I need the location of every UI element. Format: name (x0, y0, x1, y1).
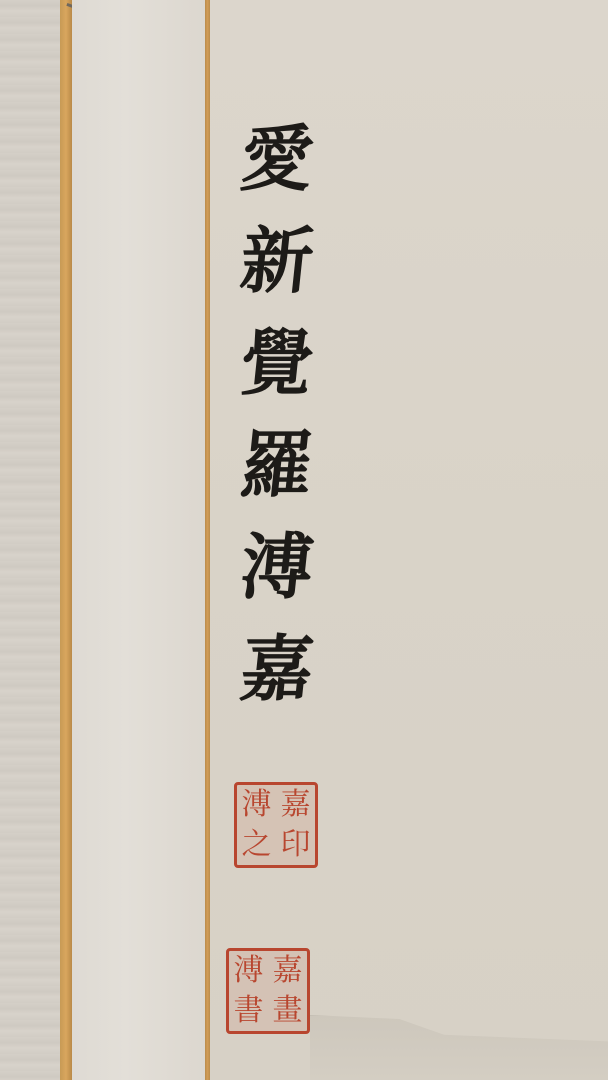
seal-char: 溥 (237, 785, 276, 825)
seal-char: 書 (229, 991, 268, 1031)
red-seal-stamp: 溥 嘉 書 畫 (226, 948, 310, 1034)
red-seal-stamp: 溥 嘉 之 印 (234, 782, 318, 868)
seal-char: 畫 (268, 991, 307, 1031)
scroll-gold-edge (60, 0, 72, 1080)
calligraphy-char: 嘉 (236, 618, 319, 720)
calligraphy-char: 羅 (236, 414, 319, 516)
calligraphy-char: 愛 (236, 108, 319, 210)
seal-char: 印 (276, 825, 315, 865)
seal-char: 溥 (229, 951, 268, 991)
wall-background (0, 0, 62, 1080)
seal-char: 之 (237, 825, 276, 865)
calligraphy-char: 新 (236, 210, 319, 312)
calligraphy-signature: 愛 新 覺 羅 溥 嘉 (232, 108, 322, 720)
seal-char: 嘉 (276, 785, 315, 825)
calligraphy-char: 溥 (236, 516, 319, 618)
scroll-mount-border (72, 0, 205, 1080)
calligraphy-char: 覺 (236, 312, 319, 414)
seal-char: 嘉 (268, 951, 307, 991)
